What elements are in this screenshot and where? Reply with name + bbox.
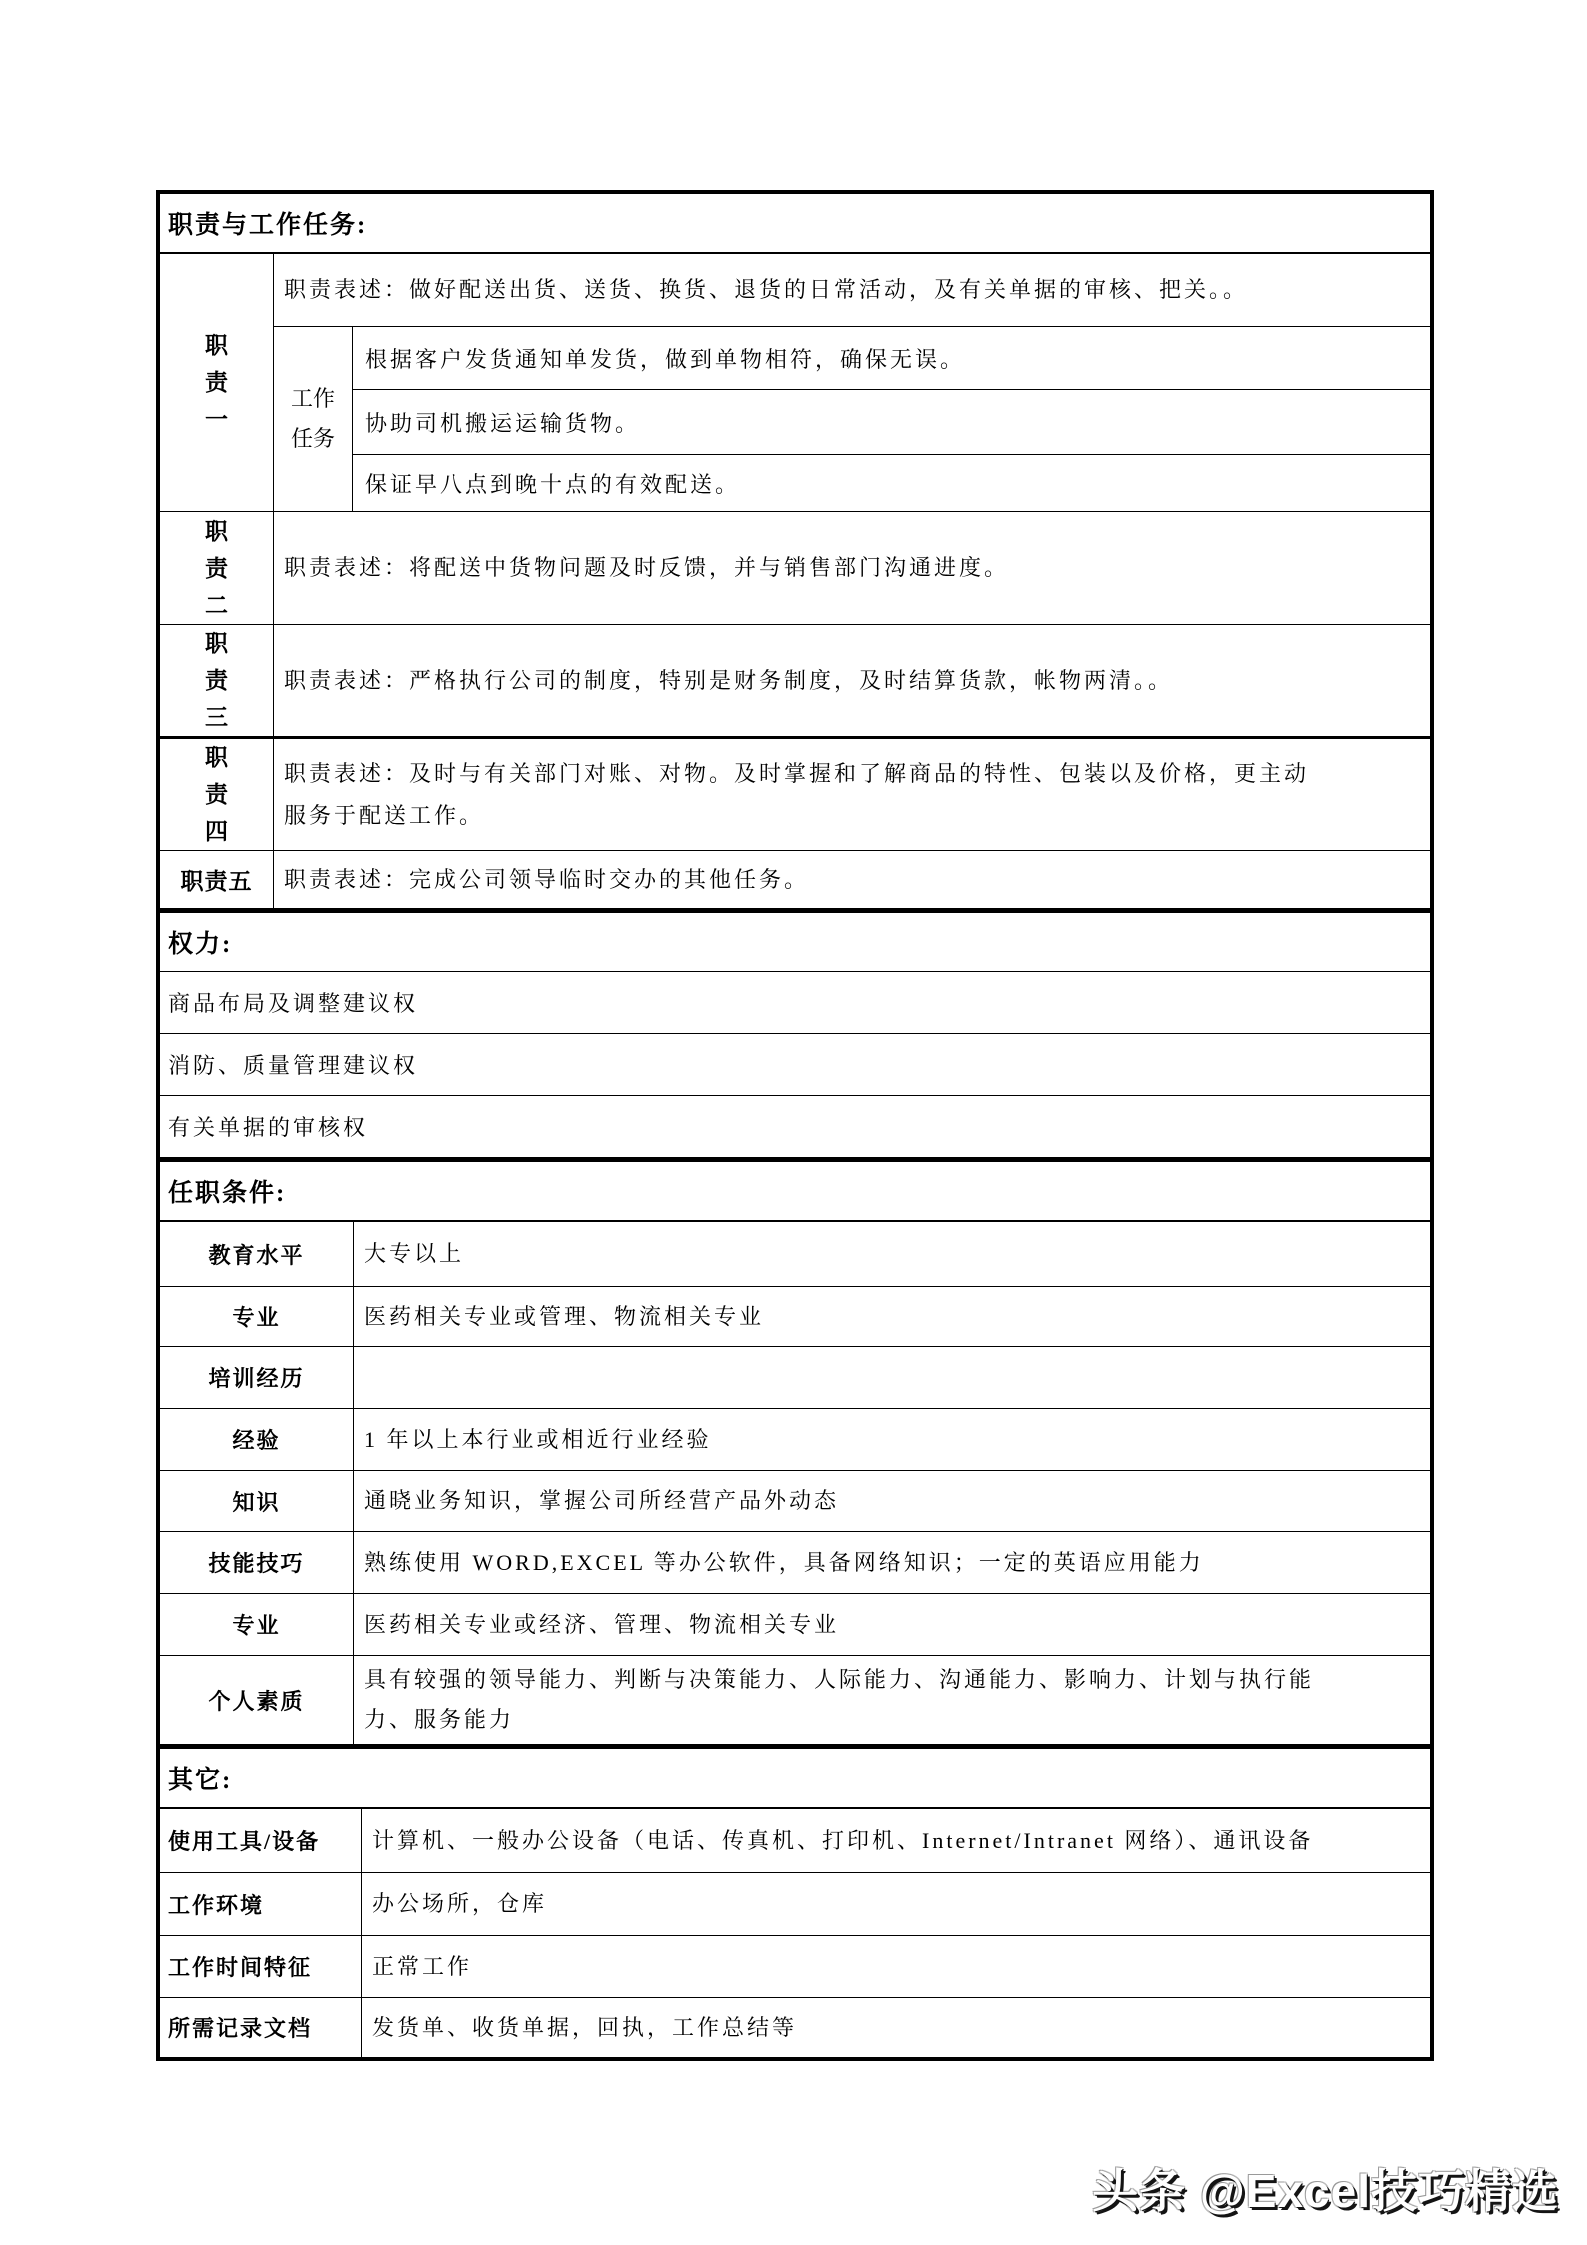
others-row-tools: 使用工具/设备 计算机、一般办公设备（电话、传真机、打印机、Internet/I… — [160, 1807, 1430, 1872]
qualification-row-knowledge: 知识 通晓业务知识，掌握公司所经营产品外动态 — [160, 1470, 1430, 1531]
duty-2-label: 职责二 — [203, 513, 230, 624]
duty-1-content: 职责表述：做好配送出货、送货、换货、退货的日常活动，及有关单据的审核、把关。。 … — [274, 254, 1430, 511]
tasks-column: 根据客户发货通知单发货，做到单物相符，确保无误。 协助司机搬运运输货物。 保证早… — [353, 327, 1430, 511]
row-label: 所需记录文档 — [160, 1998, 362, 2057]
row-label: 教育水平 — [160, 1222, 354, 1286]
section-header-duties: 职责与工作任务: — [160, 194, 1430, 252]
qualification-row-experience: 经验 1 年以上本行业或相近行业经验 — [160, 1408, 1430, 1470]
row-value: 熟练使用 WORD,EXCEL 等办公软件，具备网络知识；一定的英语应用能力 — [354, 1532, 1430, 1593]
row-label: 使用工具/设备 — [160, 1809, 362, 1872]
row-label: 工作时间特征 — [160, 1936, 362, 1997]
work-tasks-label-cell: 工作任务 — [274, 327, 353, 511]
duty-3-label-cell: 职责三 — [160, 625, 274, 736]
row-label: 知识 — [160, 1471, 354, 1531]
row-value: 计算机、一般办公设备（电话、传真机、打印机、Internet/Intranet … — [362, 1809, 1430, 1872]
row-value: 发货单、收货单据，回执，工作总结等 — [362, 1998, 1430, 2057]
duty-1-tasks-block: 工作任务 根据客户发货通知单发货，做到单物相符，确保无误。 协助司机搬运运输货物… — [274, 326, 1430, 511]
row-value: 具有较强的领导能力、判断与决策能力、人际能力、沟通能力、影响力、计划与执行能 力… — [354, 1656, 1430, 1744]
qualification-row-major2: 专业 医药相关专业或经济、管理、物流相关专业 — [160, 1593, 1430, 1655]
duty-2-statement: 职责表述：将配送中货物问题及时反馈，并与销售部门沟通进度。 — [274, 512, 1430, 624]
others-row-documents: 所需记录文档 发货单、收货单据，回执，工作总结等 — [160, 1997, 1430, 2057]
row-value — [354, 1347, 1430, 1408]
row-value: 医药相关专业或经济、管理、物流相关专业 — [354, 1594, 1430, 1655]
duty-4-label: 职责四 — [203, 739, 230, 850]
duty-4-statement: 职责表述：及时与有关部门对账、对物。及时掌握和了解商品的特性、包装以及价格，更主… — [274, 739, 1430, 850]
others-row-worktime: 工作时间特征 正常工作 — [160, 1935, 1430, 1997]
row-label: 工作环境 — [160, 1873, 362, 1935]
row-label: 专业 — [160, 1594, 354, 1655]
duty-2-block: 职责二 职责表述：将配送中货物问题及时反馈，并与销售部门沟通进度。 — [160, 511, 1430, 624]
task-row: 保证早八点到晚十点的有效配送。 — [353, 454, 1430, 511]
duty-3-label: 职责三 — [203, 625, 230, 736]
duty-1-block: 职责一 职责表述：做好配送出货、送货、换货、退货的日常活动，及有关单据的审核、把… — [160, 252, 1430, 511]
authority-item: 有关单据的审核权 — [160, 1095, 1430, 1157]
authority-item: 商品布局及调整建议权 — [160, 971, 1430, 1033]
qualification-row-major: 专业 医药相关专业或管理、物流相关专业 — [160, 1286, 1430, 1346]
task-row: 协助司机搬运运输货物。 — [353, 389, 1430, 454]
authority-item: 消防、质量管理建议权 — [160, 1033, 1430, 1095]
duty-3-statement: 职责表述：严格执行公司的制度，特别是财务制度，及时结算货款，帐物两清。。 — [274, 625, 1430, 736]
section-header-authority: 权力: — [160, 908, 1430, 971]
duty-4-label-cell: 职责四 — [160, 739, 274, 850]
row-value: 正常工作 — [362, 1936, 1430, 1997]
duty-1-statement: 职责表述：做好配送出货、送货、换货、退货的日常活动，及有关单据的审核、把关。。 — [274, 254, 1430, 326]
row-value: 1 年以上本行业或相近行业经验 — [354, 1409, 1430, 1470]
row-value: 办公场所，仓库 — [362, 1873, 1430, 1935]
work-tasks-label: 工作任务 — [288, 379, 338, 459]
row-label: 个人素质 — [160, 1656, 354, 1744]
toutiao-watermark: 头条 @Excel技巧精选 — [1092, 2155, 1559, 2221]
qualification-row-education: 教育水平 大专以上 — [160, 1220, 1430, 1286]
row-value: 医药相关专业或管理、物流相关专业 — [354, 1287, 1430, 1346]
duty-5-label: 职责五 — [160, 851, 274, 908]
row-label: 经验 — [160, 1409, 354, 1470]
section-header-others: 其它: — [160, 1744, 1430, 1807]
qualification-row-skills: 技能技巧 熟练使用 WORD,EXCEL 等办公软件，具备网络知识；一定的英语应… — [160, 1531, 1430, 1593]
qualification-row-personality: 个人素质 具有较强的领导能力、判断与决策能力、人际能力、沟通能力、影响力、计划与… — [160, 1655, 1430, 1744]
job-description-table: 职责与工作任务: 职责一 职责表述：做好配送出货、送货、换货、退货的日常活动，及… — [156, 190, 1434, 2061]
duty-5-block: 职责五 职责表述：完成公司领导临时交办的其他任务。 — [160, 850, 1430, 908]
row-label: 技能技巧 — [160, 1532, 354, 1593]
duty-3-block: 职责三 职责表述：严格执行公司的制度，特别是财务制度，及时结算货款，帐物两清。。 — [160, 624, 1430, 736]
task-row: 根据客户发货通知单发货，做到单物相符，确保无误。 — [353, 327, 1430, 389]
duty-5-statement: 职责表述：完成公司领导临时交办的其他任务。 — [274, 851, 1430, 908]
duty-1-label-cell: 职责一 — [160, 254, 274, 511]
row-label: 培训经历 — [160, 1347, 354, 1408]
row-value: 大专以上 — [354, 1222, 1430, 1286]
others-row-environment: 工作环境 办公场所，仓库 — [160, 1872, 1430, 1935]
row-value: 通晓业务知识，掌握公司所经营产品外动态 — [354, 1471, 1430, 1531]
duty-2-label-cell: 职责二 — [160, 512, 274, 624]
row-label: 专业 — [160, 1287, 354, 1346]
duty-1-label: 职责一 — [203, 327, 230, 438]
duty-4-block: 职责四 职责表述：及时与有关部门对账、对物。及时掌握和了解商品的特性、包装以及价… — [160, 736, 1430, 850]
qualification-row-training: 培训经历 — [160, 1346, 1430, 1408]
section-header-qualifications: 任职条件: — [160, 1157, 1430, 1220]
